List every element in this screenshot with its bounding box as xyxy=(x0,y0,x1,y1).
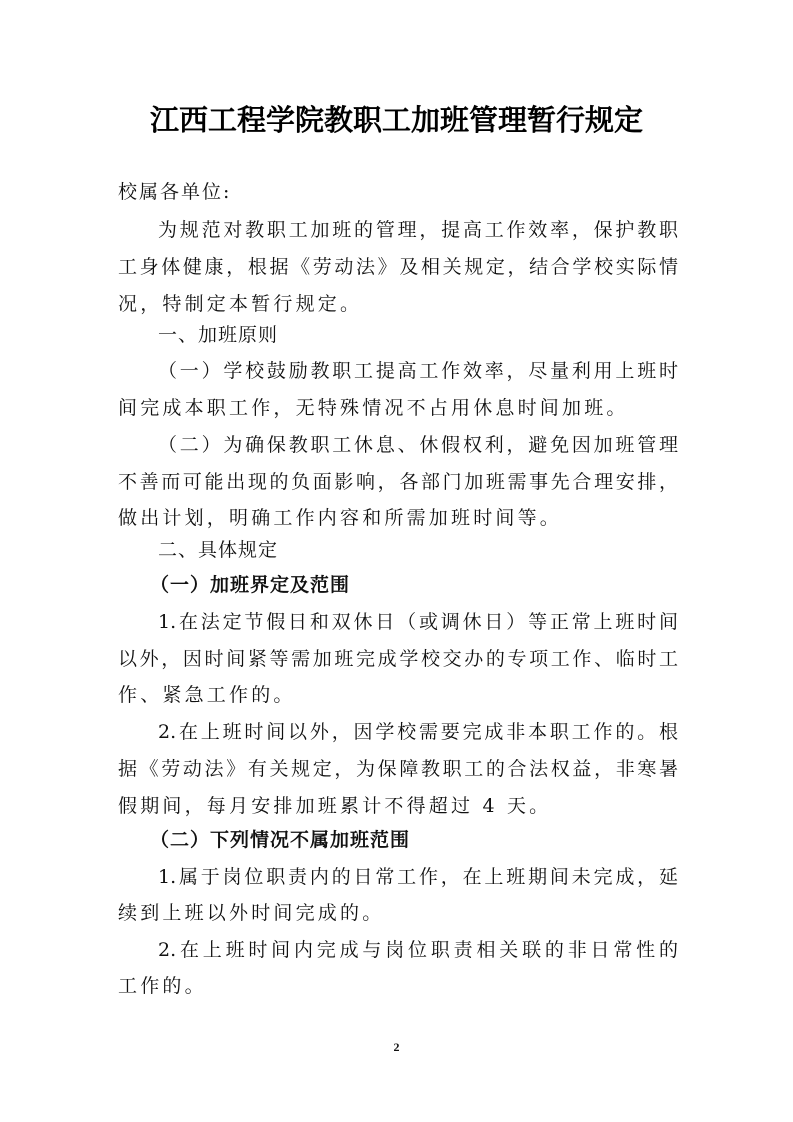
paragraph-line: 做出计划，明确工作内容和所需加班时间等。 xyxy=(118,506,678,530)
paragraph-line: （二）为确保教职工休息、休假权利，避免因加班管理 xyxy=(158,433,678,457)
paragraph-line: 1.属于岗位职责内的日常工作，在上班期间未完成，延 xyxy=(158,865,678,889)
paragraph-line: 续到上班以外时间完成的。 xyxy=(118,901,678,925)
subsection-heading-2: （二）下列情况不属加班范围 xyxy=(150,828,710,852)
salutation: 校属各单位: xyxy=(118,180,678,204)
paragraph-line: 以外，因时间紧等需加班完成学校交办的专项工作、临时工 xyxy=(118,647,678,671)
paragraph-line: 不善而可能出现的负面影响，各部门加班需事先合理安排， xyxy=(118,470,678,494)
paragraph-line: （一）学校鼓励教职工提高工作效率，尽量利用上班时 xyxy=(158,359,678,383)
paragraph-line: 间完成本职工作，无特殊情况不占用休息时间加班。 xyxy=(118,396,678,420)
paragraph-line: 据《劳动法》有关规定，为保障教职工的合法权益，非寒暑 xyxy=(118,757,678,781)
paragraph-line: 为规范对教职工加班的管理，提高工作效率，保护教职 xyxy=(158,218,678,242)
paragraph-line: 假期间，每月安排加班累计不得超过 4 天。 xyxy=(118,794,678,818)
document-title: 江西工程学院教职工加班管理暂行规定 xyxy=(0,98,793,139)
subsection-heading-1: （一）加班界定及范围 xyxy=(150,573,710,597)
paragraph-line: 2.在上班时间以外，因学校需要完成非本职工作的。根 xyxy=(158,720,678,744)
paragraph-line: 2.在上班时间内完成与岗位职责相关联的非日常性的 xyxy=(158,938,678,962)
paragraph-line: 作、紧急工作的。 xyxy=(118,683,678,707)
paragraph-line: 况，特制定本暂行规定。 xyxy=(118,292,678,316)
paragraph-line: 工身体健康，根据《劳动法》及相关规定，结合学校实际情 xyxy=(118,255,678,279)
section-heading-2: 二、具体规定 xyxy=(158,538,718,562)
paragraph-line: 工作的。 xyxy=(118,974,678,998)
page-number: 2 xyxy=(0,1040,793,1055)
paragraph-line: 1.在法定节假日和双休日（或调休日）等正常上班时间 xyxy=(158,610,678,634)
section-heading-1: 一、加班原则 xyxy=(158,323,718,347)
